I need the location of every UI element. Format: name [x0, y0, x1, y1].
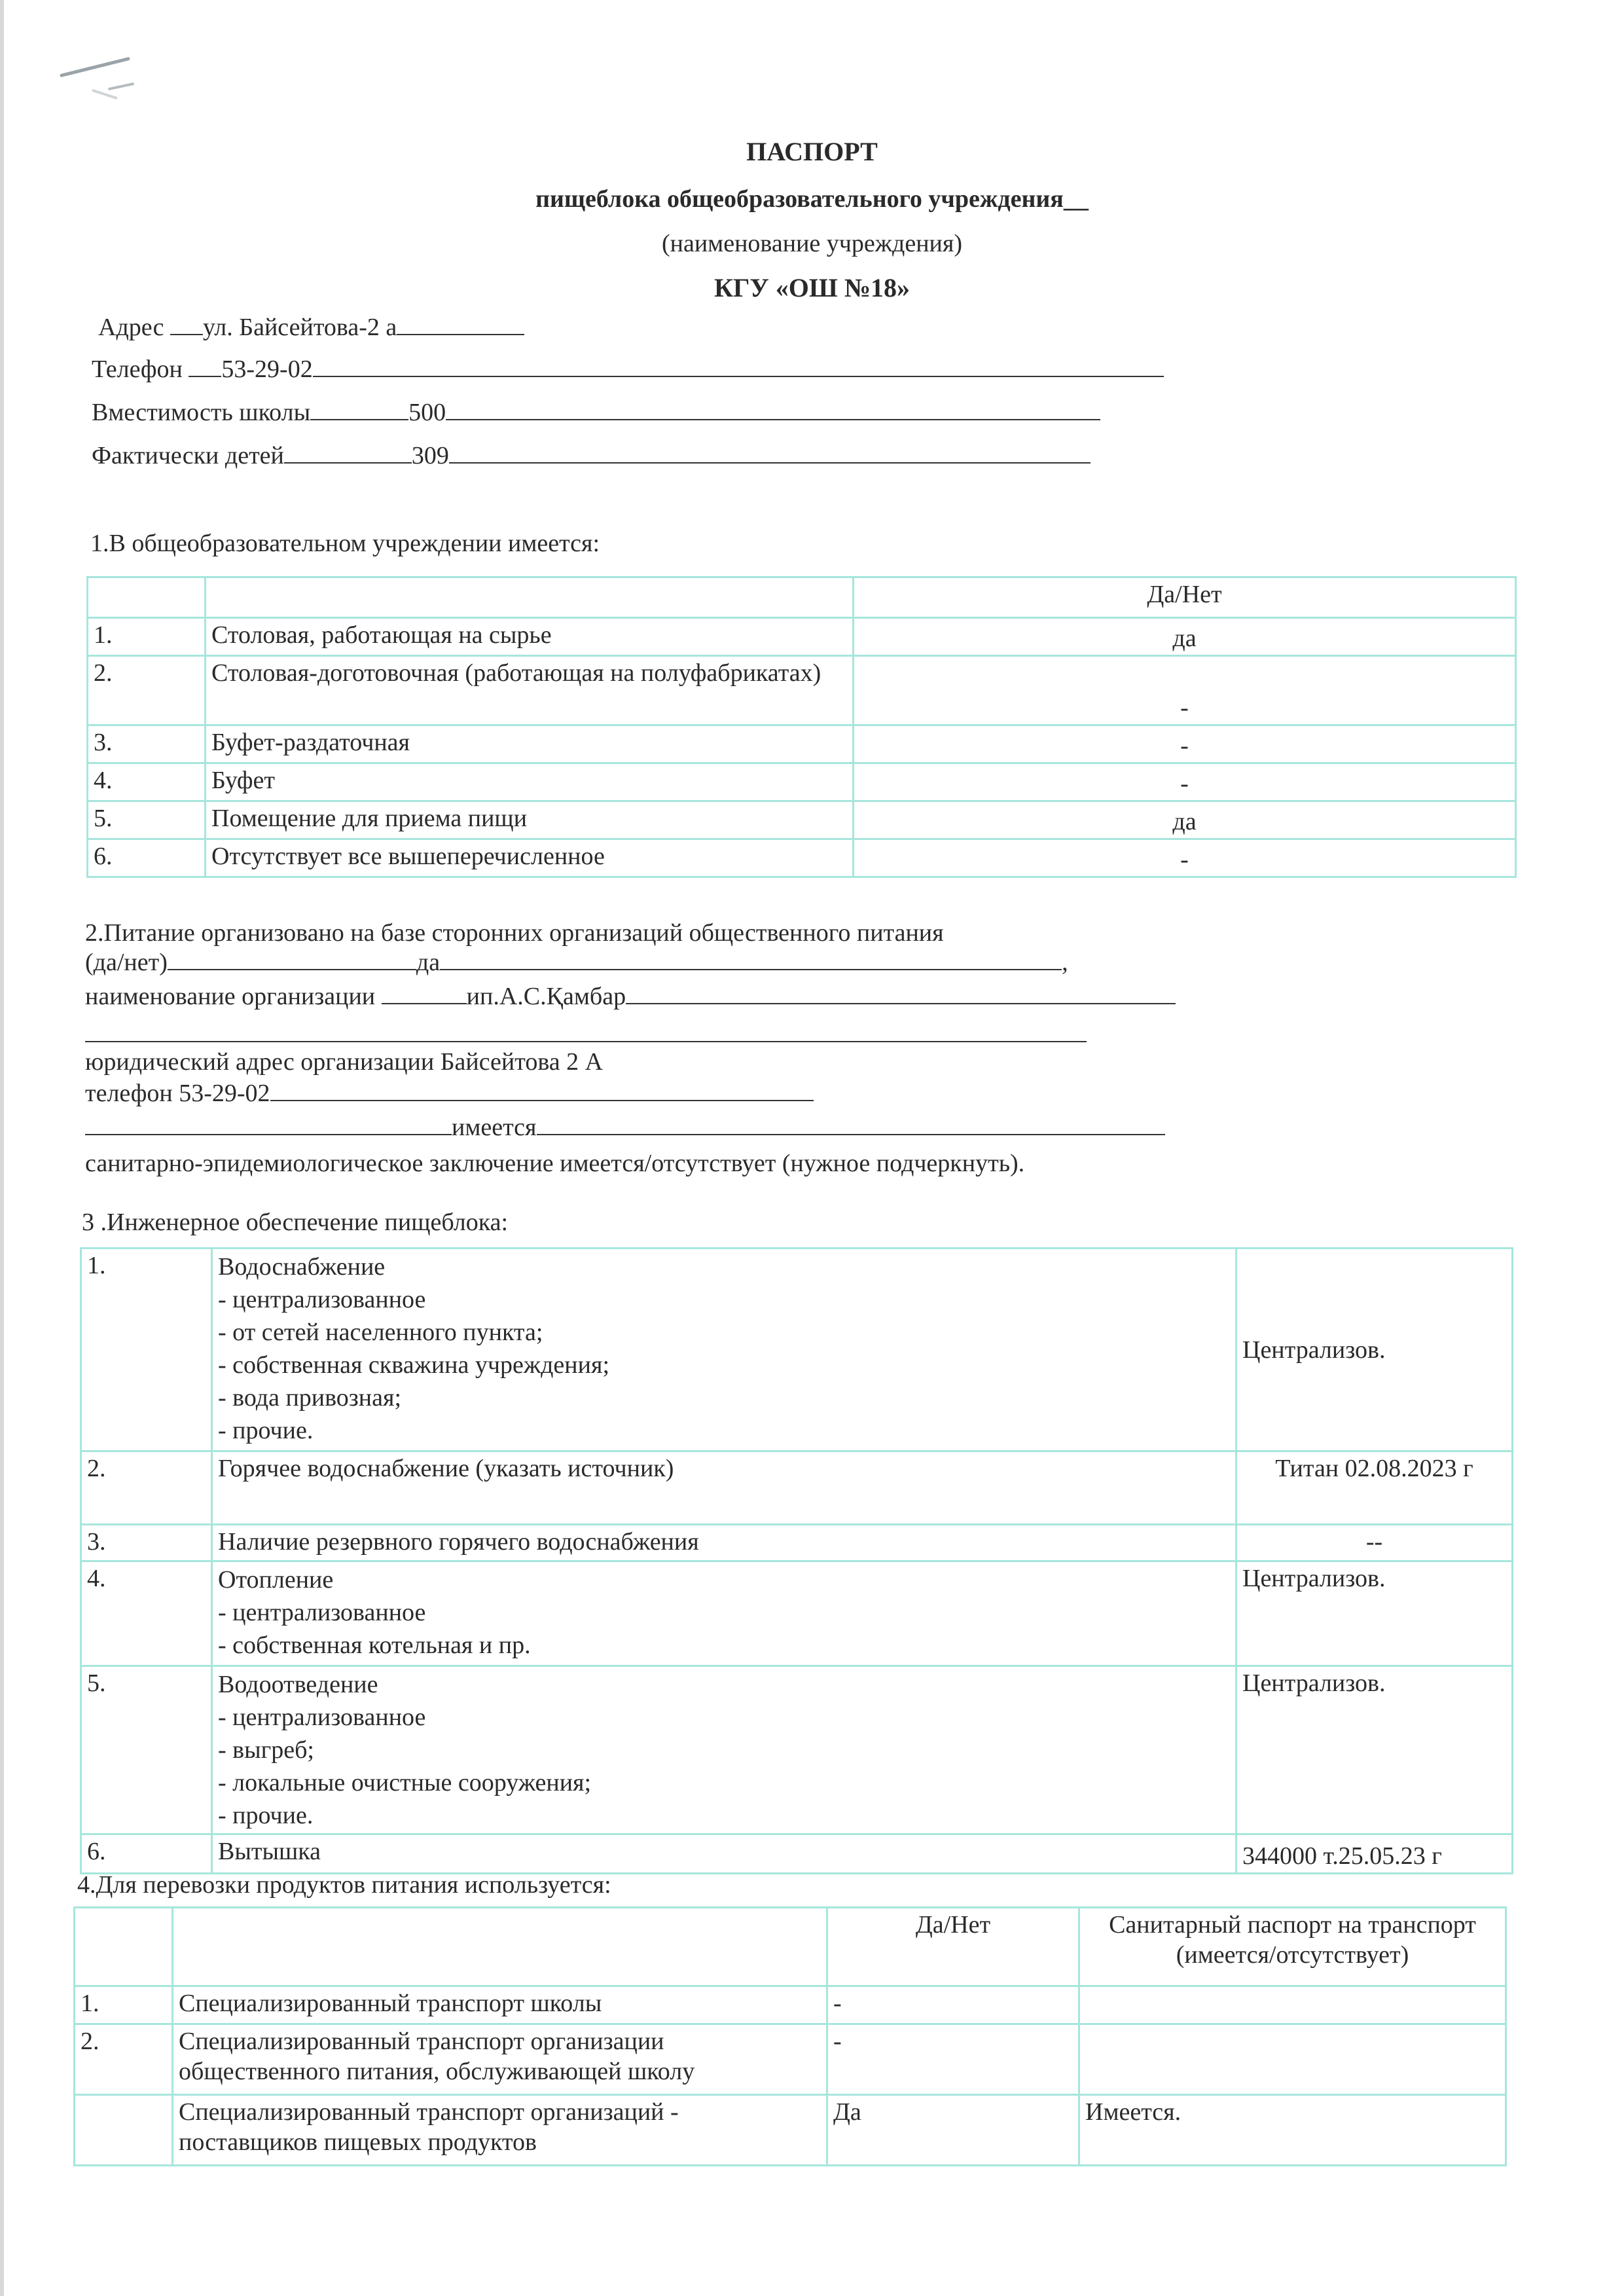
- row-number: 3.: [88, 725, 206, 763]
- org-value: ип.А.С.Қамбар: [467, 983, 626, 1010]
- row-value: 344000 т.25.05.23 г: [1236, 1834, 1513, 1874]
- address-line: Адрес ул. Байсейтова-2 а: [98, 313, 524, 342]
- item-option: - централизованное: [218, 1283, 1230, 1316]
- row-label: Отсутствует все вышеперечисленное: [206, 839, 854, 877]
- item-title: Наличие резервного горячего водоснабжени…: [218, 1527, 1230, 1557]
- row-label: Специализированный транспорт школы: [173, 1986, 827, 2024]
- page-title: ПАСПОРТ: [0, 136, 1624, 167]
- conclusion-value-line: имеется: [85, 1113, 1165, 1142]
- row-number: 2.: [88, 656, 206, 725]
- item-option: - прочие.: [218, 1414, 1230, 1447]
- phone-value: 53-29-02: [221, 355, 312, 383]
- item-option: - централизованное: [218, 1596, 1230, 1629]
- item-option: - собственная скважина учреждения;: [218, 1349, 1230, 1381]
- table-row: 3.Буфет-раздаточная-: [88, 725, 1516, 763]
- catering-yesno-line: (да/нет)да,: [85, 948, 1068, 977]
- row-label: Буфет-раздаточная: [206, 725, 854, 763]
- row-label: Помещение для приема пищи: [206, 801, 854, 839]
- row-passport: [1079, 1986, 1506, 2024]
- org-name-line: наименование организации ип.А.С.Қамбар: [85, 982, 1176, 1011]
- table-row: 5.Помещение для приема пищида: [88, 801, 1516, 839]
- conclusion-label: санитарно-эпидемиологическое заключение …: [85, 1149, 1024, 1178]
- row-value: -: [854, 725, 1516, 763]
- table-row: 6.Вытышка344000 т.25.05.23 г: [81, 1834, 1513, 1874]
- table-row: 2.Горячее водоснабжение (указать источни…: [81, 1451, 1513, 1525]
- row-yesno: -: [827, 2024, 1079, 2095]
- row-value: да: [854, 801, 1516, 839]
- engineering-table: 1.Водоснабжение- централизованное- от се…: [80, 1247, 1513, 1874]
- transport-table: Да/Нет Санитарный паспорт на транспорт (…: [73, 1906, 1507, 2166]
- blank-line: [85, 1041, 1087, 1042]
- passport-header: Санитарный паспорт на транспорт (имеется…: [1079, 1908, 1506, 1986]
- row-value: -: [854, 839, 1516, 877]
- row-label: Буфет: [206, 763, 854, 801]
- table-row: 5.Водоотведение- централизованное- выгре…: [81, 1666, 1513, 1834]
- actual-value: 309: [412, 442, 449, 469]
- row-number: 1.: [81, 1248, 212, 1451]
- facilities-table: Да/Нет 1.Столовая, работающая на сырьеда…: [86, 576, 1517, 878]
- capacity-line: Вместимость школы500: [92, 398, 1100, 427]
- row-label: Специализированный транспорт организаций…: [173, 2095, 827, 2166]
- row-label: Специализированный транспорт организации…: [173, 2024, 827, 2095]
- org-phone: телефон 53-29-02: [85, 1080, 270, 1107]
- item-option: - централизованное: [218, 1701, 1230, 1734]
- row-number: [75, 2095, 173, 2166]
- item-option: - от сетей населенного пункта;: [218, 1316, 1230, 1349]
- conclusion-value: имеется: [452, 1114, 537, 1141]
- table-header-row: Да/Нет: [88, 577, 1516, 618]
- table-row: 1.Столовая, работающая на сырьеда: [88, 618, 1516, 656]
- row-number: 6.: [81, 1834, 212, 1874]
- actual-line: Фактически детей309: [92, 441, 1091, 470]
- row-number: 1.: [88, 618, 206, 656]
- item-option: - локальные очистные сооружения;: [218, 1766, 1230, 1799]
- table-row: 4.Отопление- централизованное- собственн…: [81, 1561, 1513, 1666]
- table-row: 1.Водоснабжение- централизованное- от се…: [81, 1248, 1513, 1451]
- row-yesno: -: [827, 1986, 1079, 2024]
- row-number: 1.: [75, 1986, 173, 2024]
- address-label: Адрес: [98, 314, 164, 341]
- row-label: Столовая-доготовочная (работающая на пол…: [206, 656, 854, 725]
- item-option: - прочие.: [218, 1799, 1230, 1832]
- section2-heading: 2.Питание организовано на базе сторонних…: [85, 919, 944, 947]
- scan-artifact: [92, 89, 117, 100]
- capacity-label: Вместимость школы: [92, 399, 310, 426]
- table-row: Специализированный транспорт организаций…: [75, 2095, 1506, 2166]
- scan-artifact: [60, 57, 130, 77]
- row-value: да: [854, 618, 1516, 656]
- row-description: Горячее водоснабжение (указать источник): [212, 1451, 1236, 1525]
- row-value: Централизов.: [1236, 1561, 1513, 1666]
- item-option: - вода привозная;: [218, 1381, 1230, 1414]
- table-row: 1.Специализированный транспорт школы-: [75, 1986, 1506, 2024]
- row-description: Отопление- централизованное- собственная…: [212, 1561, 1236, 1666]
- org-phone-line: телефон 53-29-02: [85, 1079, 814, 1108]
- yesno-label: (да/нет): [85, 949, 168, 976]
- row-description: Наличие резервного горячего водоснабжени…: [212, 1525, 1236, 1561]
- page-subtitle: пищеблока общеобразовательного учреждени…: [0, 185, 1624, 213]
- legal-address: юридический адрес организации Байсейтова…: [85, 1048, 603, 1076]
- row-number: 4.: [81, 1561, 212, 1666]
- row-value: Титан 02.08.2023 г: [1236, 1451, 1513, 1525]
- phone-line: Телефон 53-29-02: [92, 355, 1164, 384]
- row-number: 4.: [88, 763, 206, 801]
- row-number: 5.: [81, 1666, 212, 1834]
- row-passport: [1079, 2024, 1506, 2095]
- row-number: 2.: [75, 2024, 173, 2095]
- institution-name: КГУ «ОШ №18»: [0, 272, 1624, 303]
- row-number: 2.: [81, 1451, 212, 1525]
- item-title: Горячее водоснабжение (указать источник): [218, 1453, 1230, 1484]
- row-passport: Имеется.: [1079, 2095, 1506, 2166]
- item-title: Водоснабжение: [218, 1250, 1230, 1283]
- scan-artifact: [108, 82, 134, 90]
- yesno-value: да: [416, 949, 440, 976]
- row-description: Водоснабжение- централизованное- от сете…: [212, 1248, 1236, 1451]
- scan-edge: [0, 0, 4, 2296]
- row-description: Водоотведение- централизованное- выгреб;…: [212, 1666, 1236, 1834]
- org-label: наименование организации: [85, 983, 375, 1010]
- row-value: --: [1236, 1525, 1513, 1561]
- row-value: Централизов.: [1236, 1666, 1513, 1834]
- row-label: Столовая, работающая на сырье: [206, 618, 854, 656]
- yesno-header: Да/Нет: [827, 1908, 1079, 1986]
- section1-heading: 1.В общеобразовательном учреждении имеет…: [90, 529, 600, 558]
- table-row: 2.Столовая-доготовочная (работающая на п…: [88, 656, 1516, 725]
- item-title: Отопление: [218, 1563, 1230, 1596]
- name-hint: (наименование учреждения): [0, 229, 1624, 258]
- capacity-value: 500: [408, 399, 446, 426]
- table-row: 2.Специализированный транспорт организац…: [75, 2024, 1506, 2095]
- phone-label: Телефон: [92, 355, 183, 383]
- address-value: ул. Байсейтова-2 а: [203, 314, 397, 341]
- table-row: 4.Буфет-: [88, 763, 1516, 801]
- yesno-header: Да/Нет: [854, 577, 1516, 618]
- section3-heading: 3 .Инженерное обеспечение пищеблока:: [82, 1208, 508, 1237]
- actual-label: Фактически детей: [92, 442, 284, 469]
- table-row: 6.Отсутствует все вышеперечисленное-: [88, 839, 1516, 877]
- row-value: -: [854, 763, 1516, 801]
- item-title: Вытышка: [218, 1836, 1230, 1867]
- row-yesno: Да: [827, 2095, 1079, 2166]
- item-title: Водоотведение: [218, 1668, 1230, 1701]
- row-number: 3.: [81, 1525, 212, 1561]
- item-option: - выгреб;: [218, 1734, 1230, 1766]
- row-number: 6.: [88, 839, 206, 877]
- table-header-row: Да/Нет Санитарный паспорт на транспорт (…: [75, 1908, 1506, 1986]
- row-value: Централизов.: [1236, 1248, 1513, 1451]
- row-value: -: [854, 656, 1516, 725]
- section4-heading: 4.Для перевозки продуктов питания исполь…: [77, 1870, 611, 1899]
- row-description: Вытышка: [212, 1834, 1236, 1874]
- table-row: 3.Наличие резервного горячего водоснабже…: [81, 1525, 1513, 1561]
- item-option: - собственная котельная и пр.: [218, 1629, 1230, 1662]
- row-number: 5.: [88, 801, 206, 839]
